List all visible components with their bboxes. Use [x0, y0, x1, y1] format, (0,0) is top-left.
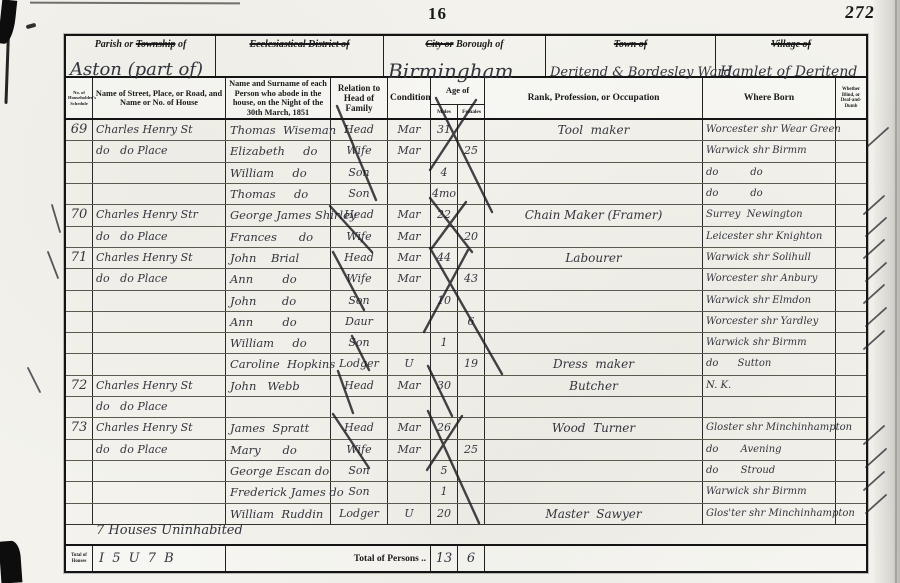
- cell-schedule-number: [66, 461, 93, 481]
- table-row: do do Place Mary do Wife Mar 25 do Aveni…: [66, 440, 866, 461]
- cell-person-name: Ann do: [226, 312, 331, 332]
- cell-schedule-number: [66, 291, 93, 311]
- cell-schedule-number: [66, 440, 93, 460]
- cell-age-male: [431, 269, 458, 289]
- cell-person-name: George James Shirley: [226, 205, 331, 225]
- cell-where-born: Warwick shr Solihull: [703, 248, 836, 268]
- cell-person-name: Thomas do: [226, 184, 331, 204]
- cell-infirm: [836, 227, 866, 247]
- cell-relation: Head: [331, 120, 388, 140]
- cell-schedule-number: [66, 227, 93, 247]
- cell-infirm: [836, 184, 866, 204]
- cell-condition: [388, 312, 431, 332]
- column-header-relation: Relation to Head of Family: [331, 78, 388, 118]
- cell-infirm: [836, 269, 866, 289]
- cell-person-name: Mary do: [226, 440, 331, 460]
- totals-row: Total of Houses I 5 U 7 B Total of Perso…: [66, 546, 866, 571]
- cell-person-name: [226, 397, 331, 417]
- cell-infirm: [836, 354, 866, 374]
- cell-person-name: John do: [226, 291, 331, 311]
- cell-relation: Head: [331, 418, 388, 438]
- form-header-band: Parish or Township of Aston (part of) Ec…: [66, 36, 866, 78]
- cell-where-born: do Stroud: [703, 461, 836, 481]
- cell-schedule-number: [66, 482, 93, 502]
- column-header-street: Name of Street, Place, or Road, and Name…: [93, 78, 226, 118]
- cell-age-female: 25: [458, 440, 485, 460]
- cell-occupation: Tool maker: [485, 120, 703, 140]
- cell-relation: Wife: [331, 141, 388, 161]
- cell-where-born: Leicester shr Knighton: [703, 227, 836, 247]
- cell-where-born: Worcester shr Yardley: [703, 312, 836, 332]
- cell-person-name: Caroline Hopkins: [226, 354, 331, 374]
- cell-schedule-number: 73: [66, 418, 93, 438]
- cell-occupation: [485, 312, 703, 332]
- cell-street: [93, 461, 226, 481]
- cell-occupation: [485, 291, 703, 311]
- cell-age-male: 31: [431, 120, 458, 140]
- cell-occupation: Labourer: [485, 248, 703, 268]
- total-females: 6: [458, 546, 485, 571]
- column-header-born: Where Born: [703, 78, 836, 118]
- table-row: do do Place: [66, 397, 866, 418]
- census-form: Parish or Township of Aston (part of) Ec…: [64, 34, 868, 573]
- cell-where-born: Gloster shr Minchinhampton: [703, 418, 836, 438]
- table-row: 73 Charles Henry St James Spratt Head Ma…: [66, 418, 866, 439]
- cell-where-born: Glos'ter shr Minchinhampton: [703, 504, 836, 524]
- cell-schedule-number: 72: [66, 376, 93, 396]
- table-row: John do Son 10 Warwick shr Elmdon: [66, 291, 866, 312]
- cell-infirm: [836, 440, 866, 460]
- cell-relation: Wife: [331, 440, 388, 460]
- cell-occupation: Chain Maker (Framer): [485, 205, 703, 225]
- header-town: Town of Deritend & Bordesley Ward: [546, 36, 716, 76]
- cell-condition: Mar: [388, 376, 431, 396]
- cell-infirm: [836, 418, 866, 438]
- cell-age-male: 4: [431, 163, 458, 183]
- cell-condition: Mar: [388, 227, 431, 247]
- cell-relation: Son: [331, 482, 388, 502]
- cell-infirm: [836, 504, 866, 524]
- column-header-males: Males: [431, 105, 458, 118]
- cell-schedule-number: [66, 397, 93, 417]
- census-rows: 69 Charles Henry St Thomas Wiseman Head …: [66, 120, 866, 525]
- column-header-age: Age of Males Females: [431, 78, 485, 118]
- header-borough: City or Borough of Birmingham: [384, 36, 546, 76]
- header-district-label: Ecclesiastical District of: [216, 36, 383, 50]
- cell-where-born: Worcester shr Wear Green: [703, 120, 836, 140]
- header-village-label: Village of: [716, 36, 866, 50]
- cell-person-name: Elizabeth do: [226, 141, 331, 161]
- cell-condition: U: [388, 504, 431, 524]
- cell-infirm: [836, 461, 866, 481]
- cell-street: [93, 504, 226, 524]
- cell-condition: U: [388, 354, 431, 374]
- total-houses-values: I 5 U 7 B: [93, 546, 226, 571]
- cell-occupation: [485, 141, 703, 161]
- cell-age-male: [431, 397, 458, 417]
- cell-street: Charles Henry St: [93, 120, 226, 140]
- cell-age-male: [431, 141, 458, 161]
- cell-age-female: [458, 291, 485, 311]
- cell-occupation: [485, 227, 703, 247]
- cell-infirm: [836, 248, 866, 268]
- cell-age-male: 4mo: [431, 184, 458, 204]
- cell-condition: [388, 461, 431, 481]
- cell-schedule-number: [66, 269, 93, 289]
- cell-occupation: Dress maker: [485, 354, 703, 374]
- cell-age-male: 22: [431, 205, 458, 225]
- cell-relation: Wife: [331, 227, 388, 247]
- cell-person-name: Frances do: [226, 227, 331, 247]
- cell-street: do do Place: [93, 227, 226, 247]
- cell-relation: Lodger: [331, 354, 388, 374]
- cell-age-male: 30: [431, 376, 458, 396]
- cell-where-born: N. K.: [703, 376, 836, 396]
- cell-schedule-number: [66, 333, 93, 353]
- header-parish: Parish or Township of Aston (part of): [66, 36, 216, 76]
- cell-where-born: Warwick shr Birmm: [703, 333, 836, 353]
- cell-schedule-number: [66, 184, 93, 204]
- cell-street: [93, 333, 226, 353]
- cell-condition: [388, 333, 431, 353]
- cell-age-female: [458, 248, 485, 268]
- cell-relation: Head: [331, 205, 388, 225]
- cell-street: do do Place: [93, 141, 226, 161]
- cell-infirm: [836, 120, 866, 140]
- table-row: George Escan do Son 5 do Stroud: [66, 461, 866, 482]
- cell-occupation: [485, 397, 703, 417]
- scan-edge-shadow: [895, 0, 897, 583]
- cell-where-born: Warwick shr Elmdon: [703, 291, 836, 311]
- cell-person-name: William Ruddin: [226, 504, 331, 524]
- table-row: do do Place Elizabeth do Wife Mar 25 War…: [66, 141, 866, 162]
- cell-where-born: Warwick shr Birmm: [703, 482, 836, 502]
- table-row: Thomas do Son 4mo do do: [66, 184, 866, 205]
- cell-person-name: Frederick James do: [226, 482, 331, 502]
- cell-infirm: [836, 141, 866, 161]
- scan-edge-artifact: [0, 540, 22, 583]
- cell-where-born: do Sutton: [703, 354, 836, 374]
- cell-street: [93, 312, 226, 332]
- cell-relation: Son: [331, 184, 388, 204]
- cell-infirm: [836, 205, 866, 225]
- cell-occupation: Master Sawyer: [485, 504, 703, 524]
- column-header-infirm: Whether Blind, or Deaf-and-Dumb: [836, 78, 866, 118]
- uninhabited-note-row: 7 Houses Uninhabited: [66, 525, 866, 546]
- cell-street: do do Place: [93, 269, 226, 289]
- cell-age-male: 1: [431, 333, 458, 353]
- header-borough-label: City or Borough of: [384, 36, 545, 50]
- column-header-occupation: Rank, Profession, or Occupation: [485, 78, 703, 118]
- page-number-right: 272: [844, 2, 876, 23]
- cell-infirm: [836, 397, 866, 417]
- column-headers: No. of Householder's Schedule Name of St…: [66, 78, 866, 120]
- cell-condition: Mar: [388, 141, 431, 161]
- table-row: 72 Charles Henry St John Webb Head Mar 3…: [66, 376, 866, 397]
- cell-where-born: do Avening: [703, 440, 836, 460]
- cell-condition: [388, 291, 431, 311]
- cell-where-born: do do: [703, 184, 836, 204]
- cell-condition: Mar: [388, 418, 431, 438]
- cell-condition: Mar: [388, 120, 431, 140]
- column-header-females: Females: [458, 105, 485, 118]
- cell-occupation: [485, 461, 703, 481]
- cell-age-male: 10: [431, 291, 458, 311]
- uninhabited-note: 7 Houses Uninhabited: [96, 523, 243, 538]
- cell-schedule-number: 71: [66, 248, 93, 268]
- cell-age-female: [458, 184, 485, 204]
- table-row: Ann do Daur 6 Worcester shr Yardley: [66, 312, 866, 333]
- header-parish-label: Parish or Township of: [66, 36, 215, 50]
- cell-schedule-number: [66, 163, 93, 183]
- table-row: do do Place Frances do Wife Mar 20 Leice…: [66, 227, 866, 248]
- table-row: William do Son 1 Warwick shr Birmm: [66, 333, 866, 354]
- cell-street: Charles Henry St: [93, 248, 226, 268]
- cell-street: [93, 163, 226, 183]
- cell-relation: Head: [331, 248, 388, 268]
- cell-person-name: Ann do: [226, 269, 331, 289]
- cell-age-female: [458, 333, 485, 353]
- column-header-schedule: No. of Householder's Schedule: [66, 78, 93, 118]
- cell-schedule-number: [66, 504, 93, 524]
- cell-person-name: John Brial: [226, 248, 331, 268]
- cell-condition: Mar: [388, 440, 431, 460]
- cell-occupation: [485, 184, 703, 204]
- cell-condition: [388, 482, 431, 502]
- cell-occupation: [485, 482, 703, 502]
- cell-street: Charles Henry Str: [93, 205, 226, 225]
- cell-age-female: [458, 482, 485, 502]
- cell-relation: Son: [331, 291, 388, 311]
- cell-person-name: George Escan do: [226, 461, 331, 481]
- cell-age-female: [458, 120, 485, 140]
- cell-age-female: 19: [458, 354, 485, 374]
- cell-condition: Mar: [388, 269, 431, 289]
- cell-relation: Son: [331, 461, 388, 481]
- cell-relation: Wife: [331, 269, 388, 289]
- cell-where-born: Worcester shr Anbury: [703, 269, 836, 289]
- column-header-condition: Condition: [388, 78, 431, 118]
- cell-where-born: Warwick shr Birmm: [703, 141, 836, 161]
- page-number-center: 16: [428, 4, 447, 24]
- cell-relation: Daur: [331, 312, 388, 332]
- table-row: Frederick James do Son 1 Warwick shr Bir…: [66, 482, 866, 503]
- cell-street: Charles Henry St: [93, 376, 226, 396]
- cell-age-male: 44: [431, 248, 458, 268]
- cell-person-name: Thomas Wiseman: [226, 120, 331, 140]
- cell-occupation: Wood Turner: [485, 418, 703, 438]
- cell-occupation: [485, 163, 703, 183]
- cell-street: do do Place: [93, 397, 226, 417]
- cell-age-female: [458, 504, 485, 524]
- cell-age-male: 5: [431, 461, 458, 481]
- cell-occupation: [485, 440, 703, 460]
- cell-street: Charles Henry St: [93, 418, 226, 438]
- cell-infirm: [836, 333, 866, 353]
- cell-street: do do Place: [93, 440, 226, 460]
- total-houses-label: Total of Houses: [66, 546, 93, 571]
- cell-relation: Son: [331, 333, 388, 353]
- table-row: William Ruddin Lodger U 20 Master Sawyer…: [66, 504, 866, 525]
- table-row: William do Son 4 do do: [66, 163, 866, 184]
- cell-infirm: [836, 163, 866, 183]
- header-village: Village of Hamlet of Deritend: [716, 36, 866, 76]
- cell-condition: [388, 397, 431, 417]
- cell-occupation: [485, 333, 703, 353]
- cell-age-female: 20: [458, 227, 485, 247]
- cell-person-name: William do: [226, 163, 331, 183]
- header-town-value: Deritend & Bordesley Ward: [550, 65, 732, 80]
- scan-edge-artifact: [26, 23, 37, 29]
- total-persons-label: Total of Persons ..: [226, 546, 431, 571]
- table-row: do do Place Ann do Wife Mar 43 Worcester…: [66, 269, 866, 290]
- cell-schedule-number: [66, 354, 93, 374]
- cell-infirm: [836, 291, 866, 311]
- header-village-value: Hamlet of Deritend: [720, 64, 857, 80]
- cell-age-male: [431, 312, 458, 332]
- cell-age-female: [458, 418, 485, 438]
- cell-condition: Mar: [388, 248, 431, 268]
- cell-person-name: James Spratt: [226, 418, 331, 438]
- census-scan-page: { "colors": { "paper": "#f3f2ec", "ink":…: [0, 0, 900, 583]
- cell-person-name: John Webb: [226, 376, 331, 396]
- table-row: 71 Charles Henry St John Brial Head Mar …: [66, 248, 866, 269]
- cell-relation: Head: [331, 376, 388, 396]
- cell-age-male: 26: [431, 418, 458, 438]
- cell-age-female: [458, 205, 485, 225]
- cell-age-female: 43: [458, 269, 485, 289]
- cell-age-male: [431, 227, 458, 247]
- header-borough-value: Birmingham: [388, 59, 513, 83]
- cell-schedule-number: [66, 312, 93, 332]
- cell-street: [93, 184, 226, 204]
- cell-condition: [388, 163, 431, 183]
- cell-age-female: [458, 163, 485, 183]
- cell-relation: [331, 397, 388, 417]
- cell-age-female: 6: [458, 312, 485, 332]
- cell-age-male: 20: [431, 504, 458, 524]
- cell-age-female: [458, 376, 485, 396]
- column-header-name: Name and Surname of each Person who abod…: [226, 78, 331, 118]
- table-row: 70 Charles Henry Str George James Shirle…: [66, 205, 866, 226]
- totals-blank: [485, 546, 866, 571]
- cell-relation: Son: [331, 163, 388, 183]
- cell-street: [93, 291, 226, 311]
- header-town-label: Town of: [546, 36, 715, 50]
- header-parish-value: Aston (part of): [70, 59, 203, 80]
- cell-person-name: William do: [226, 333, 331, 353]
- cell-schedule-number: [66, 141, 93, 161]
- cell-age-female: 25: [458, 141, 485, 161]
- cell-age-female: [458, 461, 485, 481]
- total-males: 13: [431, 546, 458, 571]
- cell-where-born: Surrey Newington: [703, 205, 836, 225]
- cell-schedule-number: 69: [66, 120, 93, 140]
- cell-relation: Lodger: [331, 504, 388, 524]
- cell-infirm: [836, 312, 866, 332]
- cell-age-female: [458, 397, 485, 417]
- header-district: Ecclesiastical District of: [216, 36, 384, 76]
- cell-age-male: 1: [431, 482, 458, 502]
- cell-occupation: [485, 269, 703, 289]
- table-row: 69 Charles Henry St Thomas Wiseman Head …: [66, 120, 866, 141]
- scan-edge-artifact: [30, 2, 240, 5]
- cell-street: [93, 482, 226, 502]
- cell-schedule-number: 70: [66, 205, 93, 225]
- table-row: Caroline Hopkins Lodger U 19 Dress maker…: [66, 354, 866, 375]
- cell-condition: Mar: [388, 205, 431, 225]
- cell-condition: [388, 184, 431, 204]
- cell-infirm: [836, 376, 866, 396]
- cell-occupation: Butcher: [485, 376, 703, 396]
- cell-age-male: [431, 354, 458, 374]
- cell-where-born: [703, 397, 836, 417]
- cell-infirm: [836, 482, 866, 502]
- cell-street: [93, 354, 226, 374]
- cell-where-born: do do: [703, 163, 836, 183]
- cell-age-male: [431, 440, 458, 460]
